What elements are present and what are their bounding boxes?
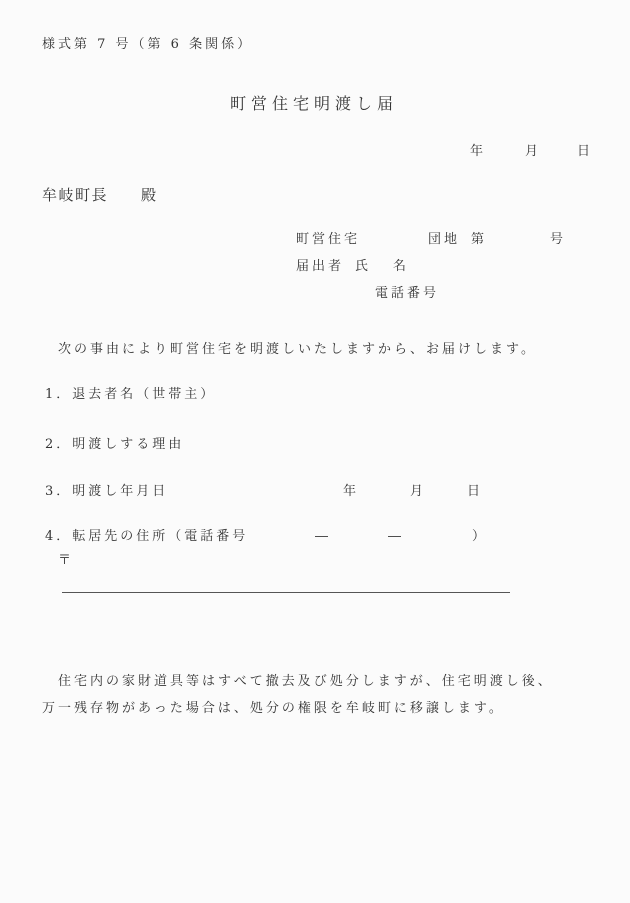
footer-sentence-line-2: 万一残存物があった場合は、処分の権限を牟岐町に移譲します。 (42, 701, 505, 717)
address-fill-line (62, 592, 510, 593)
item-3-year-label: 年 (343, 484, 359, 500)
item-1-leaver-name: 1．退去者名（世帯主） (45, 387, 216, 403)
form-page: 様式第 7 号（第 6 条関係） 町営住宅明渡し届 年 月 日 牟岐町長 殿 町… (0, 0, 630, 903)
item-3-vacate-date: 3．明渡し年月日 (45, 484, 168, 500)
phone-label: 電話番号 (375, 286, 439, 302)
notifier-label: 届出者 (296, 259, 344, 275)
number-prefix-label: 第 (471, 232, 487, 248)
item-4-phone-dash-1: ― (315, 529, 331, 545)
date-day-label: 日 (577, 144, 593, 160)
addressee-honorific: 殿 (141, 186, 158, 205)
item-3-month-label: 月 (410, 484, 426, 500)
item-2-reason: 2．明渡しする理由 (45, 437, 184, 453)
intro-sentence: 次の事由により町営住宅を明渡しいたしますから、お届けします。 (58, 342, 537, 358)
addressee-name: 牟岐町長 (42, 186, 108, 205)
name-label-1: 氏 (355, 259, 371, 275)
item-4-close-paren: ） (472, 529, 488, 545)
item-3-day-label: 日 (467, 484, 483, 500)
footer-sentence-line-1: 住宅内の家財道具等はすべて撤去及び処分しますが、住宅明渡し後、 (58, 674, 554, 690)
item-4-phone-dash-2: ― (388, 529, 404, 545)
form-number: 様式第 7 号（第 6 条関係） (42, 37, 253, 53)
date-month-label: 月 (525, 144, 541, 160)
number-suffix-label: 号 (550, 232, 566, 248)
postal-mark: 〒 (58, 553, 74, 569)
name-label-2: 名 (393, 259, 409, 275)
housing-label: 町営住宅 (296, 232, 360, 248)
complex-label: 団地 (428, 232, 460, 248)
date-year-label: 年 (470, 144, 486, 160)
document-title: 町営住宅明渡し届 (230, 94, 398, 114)
item-4-new-address: 4．転居先の住所（電話番号 (45, 529, 248, 545)
